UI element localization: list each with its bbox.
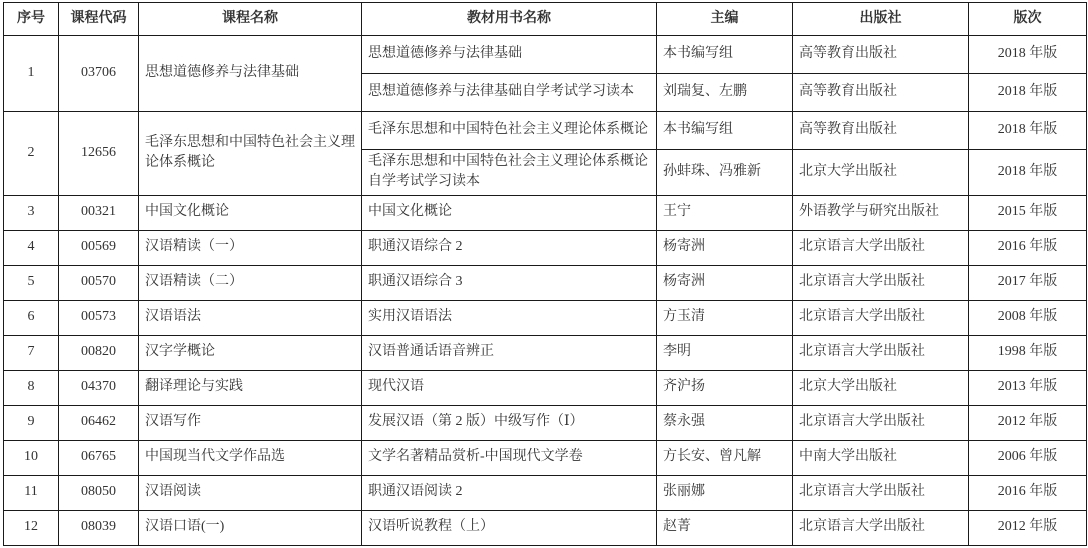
cell-book-title: 毛泽东思想和中国特色社会主义理论体系概论自学考试学习读本 xyxy=(362,150,657,196)
cell-edition: 2013 年版 xyxy=(969,370,1087,405)
cell-seq: 5 xyxy=(4,265,59,300)
cell-course-code: 04370 xyxy=(59,370,139,405)
table-row: 212656毛泽东思想和中国特色社会主义理论体系概论毛泽东思想和中国特色社会主义… xyxy=(4,112,1087,150)
cell-edition: 2016 年版 xyxy=(969,230,1087,265)
cell-editor: 本书编写组 xyxy=(657,36,793,74)
cell-editor: 孙蚌珠、冯雅新 xyxy=(657,150,793,196)
cell-editor: 赵菁 xyxy=(657,510,793,545)
cell-book-title: 思想道德修养与法律基础 xyxy=(362,36,657,74)
cell-edition: 2016 年版 xyxy=(969,475,1087,510)
table-row: 1208039汉语口语(一)汉语听说教程（上）赵菁北京语言大学出版社2012 年… xyxy=(4,510,1087,545)
table-body: 103706思想道德修养与法律基础思想道德修养与法律基础本书编写组高等教育出版社… xyxy=(4,36,1087,546)
cell-edition: 2017 年版 xyxy=(969,265,1087,300)
cell-publisher: 北京语言大学出版社 xyxy=(793,300,969,335)
cell-seq: 7 xyxy=(4,335,59,370)
cell-book-title: 毛泽东思想和中国特色社会主义理论体系概论 xyxy=(362,112,657,150)
header-publisher: 出版社 xyxy=(793,3,969,36)
table-row: 400569汉语精读（一）职通汉语综合 2杨寄洲北京语言大学出版社2016 年版 xyxy=(4,230,1087,265)
cell-course-name: 思想道德修养与法律基础 xyxy=(139,36,362,112)
cell-editor: 杨寄洲 xyxy=(657,265,793,300)
cell-editor: 方玉清 xyxy=(657,300,793,335)
header-course-name: 课程名称 xyxy=(139,3,362,36)
course-textbook-table: 序号 课程代码 课程名称 教材用书名称 主编 出版社 版次 103706思想道德… xyxy=(3,2,1087,546)
cell-course-code: 00820 xyxy=(59,335,139,370)
header-book-title: 教材用书名称 xyxy=(362,3,657,36)
cell-book-title: 文学名著精品赏析-中国现代文学卷 xyxy=(362,440,657,475)
cell-edition: 2015 年版 xyxy=(969,195,1087,230)
cell-editor: 张丽娜 xyxy=(657,475,793,510)
cell-editor: 李明 xyxy=(657,335,793,370)
cell-publisher: 北京语言大学出版社 xyxy=(793,405,969,440)
cell-publisher: 北京语言大学出版社 xyxy=(793,230,969,265)
header-seq: 序号 xyxy=(4,3,59,36)
cell-course-name: 中国现当代文学作品选 xyxy=(139,440,362,475)
cell-book-title: 思想道德修养与法律基础自学考试学习读本 xyxy=(362,74,657,112)
cell-book-title: 现代汉语 xyxy=(362,370,657,405)
cell-publisher: 北京大学出版社 xyxy=(793,370,969,405)
cell-edition: 2012 年版 xyxy=(969,405,1087,440)
header-course-code: 课程代码 xyxy=(59,3,139,36)
cell-publisher: 中南大学出版社 xyxy=(793,440,969,475)
cell-course-name: 汉语精读（二） xyxy=(139,265,362,300)
table-row: 1108050汉语阅读职通汉语阅读 2张丽娜北京语言大学出版社2016 年版 xyxy=(4,475,1087,510)
cell-edition: 2018 年版 xyxy=(969,150,1087,196)
table-header-row: 序号 课程代码 课程名称 教材用书名称 主编 出版社 版次 xyxy=(4,3,1087,36)
table-row: 700820汉字学概论汉语普通话语音辨正李明北京语言大学出版社1998 年版 xyxy=(4,335,1087,370)
cell-course-name: 汉语阅读 xyxy=(139,475,362,510)
cell-course-name: 汉语语法 xyxy=(139,300,362,335)
course-textbook-table-container: 序号 课程代码 课程名称 教材用书名称 主编 出版社 版次 103706思想道德… xyxy=(0,0,1088,546)
cell-book-title: 实用汉语语法 xyxy=(362,300,657,335)
cell-editor: 杨寄洲 xyxy=(657,230,793,265)
cell-edition: 2006 年版 xyxy=(969,440,1087,475)
table-row: 600573汉语语法实用汉语语法方玉清北京语言大学出版社2008 年版 xyxy=(4,300,1087,335)
cell-course-name: 毛泽东思想和中国特色社会主义理论体系概论 xyxy=(139,112,362,196)
cell-publisher: 北京语言大学出版社 xyxy=(793,265,969,300)
cell-publisher: 北京语言大学出版社 xyxy=(793,335,969,370)
cell-seq: 1 xyxy=(4,36,59,112)
cell-book-title: 汉语普通话语音辨正 xyxy=(362,335,657,370)
cell-edition: 2018 年版 xyxy=(969,112,1087,150)
cell-book-title: 中国文化概论 xyxy=(362,195,657,230)
cell-publisher: 高等教育出版社 xyxy=(793,36,969,74)
cell-seq: 3 xyxy=(4,195,59,230)
cell-seq: 8 xyxy=(4,370,59,405)
cell-course-name: 汉语写作 xyxy=(139,405,362,440)
cell-course-name: 汉字学概论 xyxy=(139,335,362,370)
cell-edition: 2008 年版 xyxy=(969,300,1087,335)
cell-seq: 9 xyxy=(4,405,59,440)
cell-seq: 4 xyxy=(4,230,59,265)
cell-publisher: 高等教育出版社 xyxy=(793,74,969,112)
cell-editor: 齐沪扬 xyxy=(657,370,793,405)
cell-book-title: 汉语听说教程（上） xyxy=(362,510,657,545)
cell-course-code: 12656 xyxy=(59,112,139,196)
cell-editor: 方长安、曾凡解 xyxy=(657,440,793,475)
cell-seq: 12 xyxy=(4,510,59,545)
table-row: 1006765中国现当代文学作品选文学名著精品赏析-中国现代文学卷方长安、曾凡解… xyxy=(4,440,1087,475)
cell-edition: 2018 年版 xyxy=(969,36,1087,74)
cell-editor: 本书编写组 xyxy=(657,112,793,150)
table-row: 300321中国文化概论中国文化概论王宁外语教学与研究出版社2015 年版 xyxy=(4,195,1087,230)
cell-edition: 1998 年版 xyxy=(969,335,1087,370)
cell-publisher: 北京大学出版社 xyxy=(793,150,969,196)
cell-edition: 2018 年版 xyxy=(969,74,1087,112)
cell-course-code: 00573 xyxy=(59,300,139,335)
cell-book-title: 职通汉语阅读 2 xyxy=(362,475,657,510)
cell-publisher: 北京语言大学出版社 xyxy=(793,510,969,545)
table-row: 906462汉语写作发展汉语（第 2 版）中级写作（Ⅰ）蔡永强北京语言大学出版社… xyxy=(4,405,1087,440)
cell-course-code: 06462 xyxy=(59,405,139,440)
cell-seq: 11 xyxy=(4,475,59,510)
cell-course-name: 汉语精读（一） xyxy=(139,230,362,265)
cell-seq: 10 xyxy=(4,440,59,475)
cell-course-code: 08039 xyxy=(59,510,139,545)
cell-publisher: 外语教学与研究出版社 xyxy=(793,195,969,230)
cell-course-name: 汉语口语(一) xyxy=(139,510,362,545)
cell-publisher: 高等教育出版社 xyxy=(793,112,969,150)
cell-course-name: 翻译理论与实践 xyxy=(139,370,362,405)
cell-editor: 王宁 xyxy=(657,195,793,230)
cell-course-code: 00569 xyxy=(59,230,139,265)
cell-publisher: 北京语言大学出版社 xyxy=(793,475,969,510)
cell-editor: 刘瑞复、左鹏 xyxy=(657,74,793,112)
cell-course-code: 03706 xyxy=(59,36,139,112)
cell-editor: 蔡永强 xyxy=(657,405,793,440)
cell-seq: 2 xyxy=(4,112,59,196)
table-row: 804370翻译理论与实践现代汉语齐沪扬北京大学出版社2013 年版 xyxy=(4,370,1087,405)
cell-book-title: 职通汉语综合 2 xyxy=(362,230,657,265)
cell-seq: 6 xyxy=(4,300,59,335)
cell-course-name: 中国文化概论 xyxy=(139,195,362,230)
cell-book-title: 发展汉语（第 2 版）中级写作（Ⅰ） xyxy=(362,405,657,440)
cell-course-code: 00321 xyxy=(59,195,139,230)
header-edition: 版次 xyxy=(969,3,1087,36)
cell-course-code: 08050 xyxy=(59,475,139,510)
cell-book-title: 职通汉语综合 3 xyxy=(362,265,657,300)
table-row: 500570汉语精读（二）职通汉语综合 3杨寄洲北京语言大学出版社2017 年版 xyxy=(4,265,1087,300)
table-row: 103706思想道德修养与法律基础思想道德修养与法律基础本书编写组高等教育出版社… xyxy=(4,36,1087,74)
cell-course-code: 00570 xyxy=(59,265,139,300)
cell-course-code: 06765 xyxy=(59,440,139,475)
header-editor: 主编 xyxy=(657,3,793,36)
cell-edition: 2012 年版 xyxy=(969,510,1087,545)
